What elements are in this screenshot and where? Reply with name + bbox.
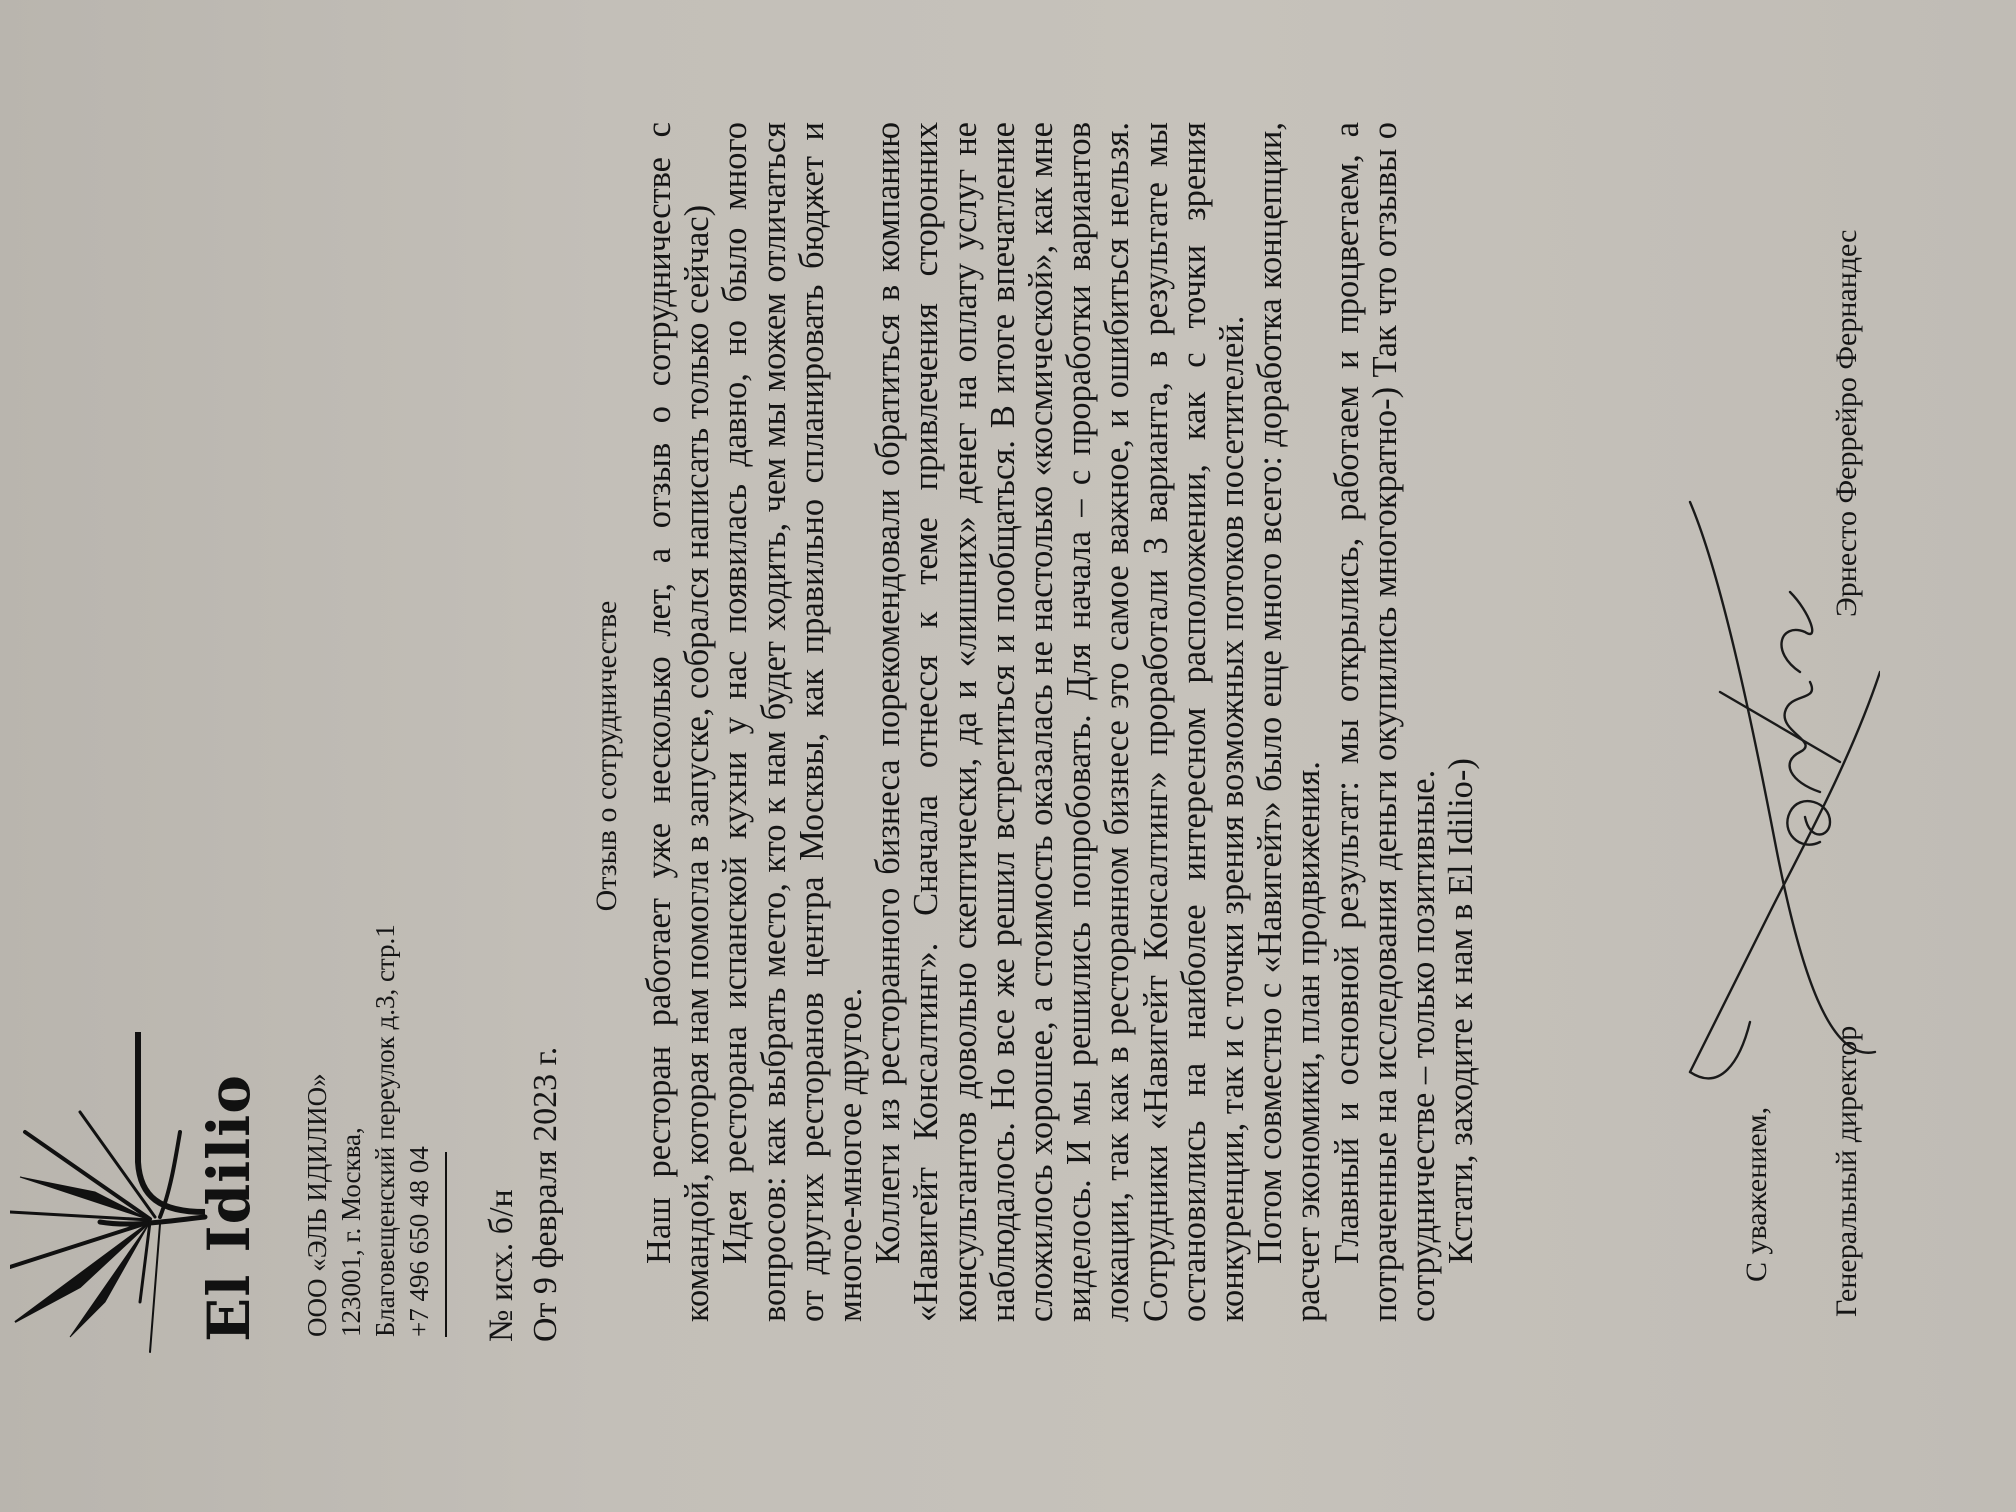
paragraph: Кстати, заходите к нам в El Idilio-): [1442, 122, 1480, 1322]
company-address-city: 123001, г. Москва,: [334, 924, 368, 1337]
logo-wordmark: El Idilio: [200, 1074, 258, 1342]
paragraph: Коллеги из ресторанного бизнеса порекоме…: [869, 122, 1251, 1322]
letter-page: El Idilio ООО «ЭЛЬ ИДИЛИО» 123001, г. Мо…: [0, 0, 2016, 1512]
photo-background: El Idilio ООО «ЭЛЬ ИДИЛИО» 123001, г. Мо…: [0, 0, 2016, 1512]
company-details: ООО «ЭЛЬ ИДИЛИО» 123001, г. Москва, Благ…: [300, 924, 436, 1337]
company-logo: El Idilio: [10, 1002, 250, 1362]
letter-body: Наш ресторан работает уже несколько лет,…: [640, 122, 1480, 1322]
paragraph: Идея ресторана испанской кухни у нас поя…: [716, 122, 869, 1322]
divider: [445, 1152, 447, 1337]
paragraph: Потом совместно с «Навигейт» было еще мн…: [1251, 122, 1327, 1322]
company-phone: +7 496 650 48 04: [402, 924, 436, 1337]
paragraph: Наш ресторан работает уже несколько лет,…: [640, 122, 716, 1322]
agave-leaves-icon: [10, 1002, 210, 1362]
reference-date: От 9 февраля 2023 г.: [524, 1047, 568, 1342]
reference-number: № исх. б/н: [480, 1047, 524, 1342]
signer-name: Эрнесто Феррейро Фернандес: [1830, 230, 1864, 617]
company-address-street: Благовещенский переулок д.3, стр.1: [368, 924, 402, 1337]
letter-reference: № исх. б/н От 9 февраля 2023 г.: [480, 1047, 568, 1342]
closing-regards: С уважением,: [1740, 1107, 1774, 1282]
letter-title: Отзыв о сотрудничестве: [590, 0, 624, 1512]
paragraph: Главный и основной результат: мы открыли…: [1328, 122, 1443, 1322]
company-name: ООО «ЭЛЬ ИДИЛИО»: [300, 924, 334, 1337]
